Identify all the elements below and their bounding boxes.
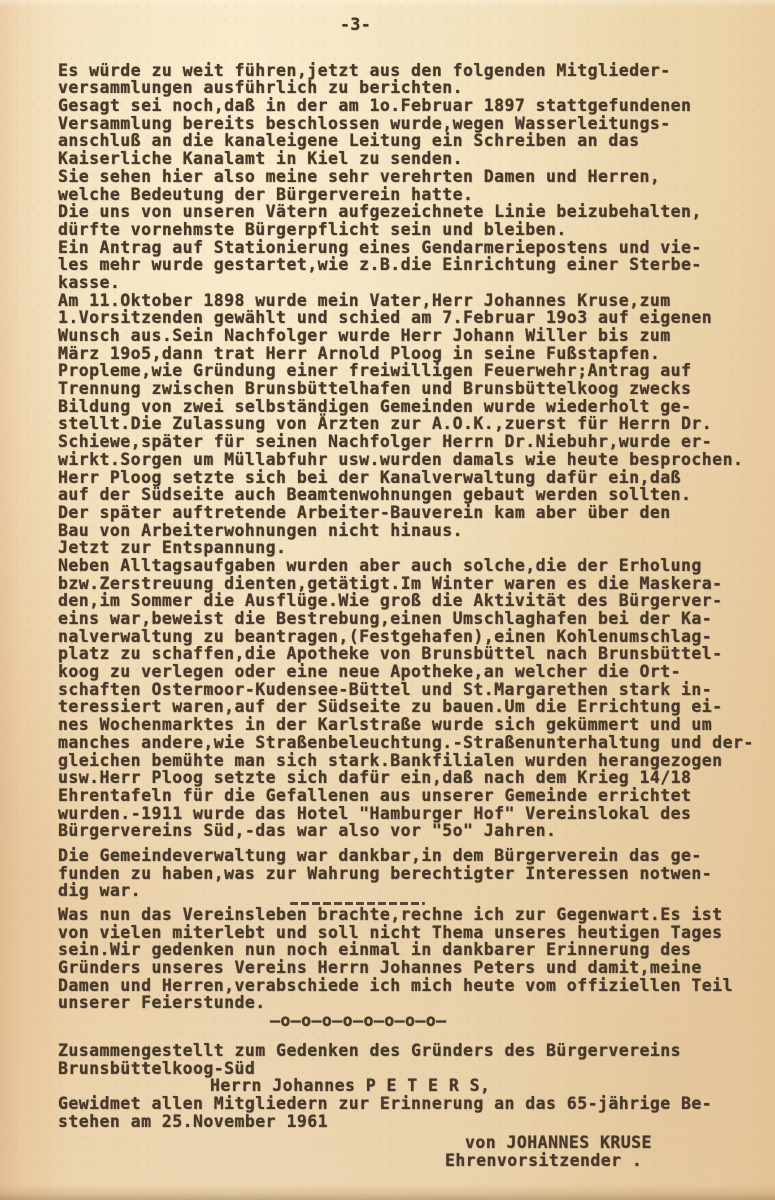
- text-line: koog zu verlegen oder eine neue Apotheke…: [58, 663, 758, 681]
- text-line: stellt.Die Zulassung von Ärzten zur A.O.…: [58, 415, 758, 433]
- text-line: stehen am 25.November 1961: [58, 1113, 758, 1131]
- text-line: Bildung von zwei selbständigen Gemeinden…: [58, 398, 758, 416]
- text-line: Ehrentafeln für die Gefallenen aus unser…: [58, 787, 758, 805]
- text-line: von vielen miterlebt und soll nicht Them…: [58, 924, 758, 942]
- text-line: Schiewe,später für seinen Nachfolger Her…: [58, 433, 758, 451]
- text-line: Die uns von unseren Vätern aufgezeichnet…: [58, 203, 758, 221]
- text-line: nalverwaltung zu beantragen,(Festgehafen…: [58, 628, 758, 646]
- text-line: schaften Ostermoor-Kudensee-Büttel und S…: [58, 681, 758, 699]
- text-line: 1.Vorsitzenden gewählt und schied am 7.F…: [58, 309, 758, 327]
- text-line: Der später auftretende Arbeiter-Bauverei…: [58, 504, 758, 522]
- text-line: funden zu haben,was zur Wahrung berechti…: [58, 865, 758, 883]
- text-line: Brunsbüttelkoog-Süd: [58, 1060, 758, 1078]
- text-line: Sie sehen hier also meine sehr verehrten…: [58, 168, 758, 186]
- scanned-document-page: -3-Es würde zu weit führen,jetzt aus den…: [0, 0, 775, 1200]
- ornament-separator: —o—o—o—o—o—o—o—o—: [58, 1012, 758, 1030]
- text-line: Versammlung bereits beschlossen wurde,we…: [58, 115, 758, 133]
- text-line: Was nun das Vereinsleben brachte,rechne …: [58, 906, 758, 924]
- text-line: von JOHANNES KRUSE: [58, 1134, 758, 1152]
- text-line: Kaiserliche Kanalamt in Kiel zu senden.: [58, 150, 758, 168]
- text-line: platz zu schaffen,die Apotheke von Bruns…: [58, 645, 758, 663]
- text-line: Ehrenvorsitzender .: [58, 1152, 758, 1170]
- text-line: Herrn Johannes P E T E R S,: [58, 1077, 758, 1095]
- text-line: Damen und Herren,verabschiede ich mich h…: [58, 977, 758, 995]
- text-line: usw.Herr Ploog setzte sich dafür ein,daß…: [58, 769, 758, 787]
- text-line: dig war.: [58, 882, 758, 900]
- paper-top-edge: [0, 0, 775, 8]
- paper-bottom-shadow: [0, 1184, 775, 1200]
- text-line: unserer Feierstunde.: [58, 994, 758, 1012]
- line-gap: [58, 34, 758, 62]
- text-line: Gesagt sei noch,daß in der am 1o.Februar…: [58, 97, 758, 115]
- line-gap: [58, 1030, 758, 1042]
- text-line: Zusammengestellt zum Gedenken des Gründe…: [58, 1042, 758, 1060]
- text-line: nes Wochenmarktes in der Karlstraße wurd…: [58, 716, 758, 734]
- text-line: den,im Sommer die Ausflüge.Wie groß die …: [58, 592, 758, 610]
- text-line: Propleme,wie Gründung einer freiwilligen…: [58, 362, 758, 380]
- text-line: Die Gemeindeverwaltung war dankbar,in de…: [58, 847, 758, 865]
- text-line: kasse.: [58, 274, 758, 292]
- text-line: März 19o5,dann trat Herr Arnold Ploog in…: [58, 345, 758, 363]
- text-line: Jetzt zur Entspannung.: [58, 539, 758, 557]
- text-line: anschluß an die kanaleigene Leitung ein …: [58, 132, 758, 150]
- text-line: welche Bedeutung der Bürgerverein hatte.: [58, 186, 758, 204]
- text-line: Am 11.Oktober 1898 wurde mein Vater,Herr…: [58, 292, 758, 310]
- text-line: wurden.-1911 wurde das Hotel "Hamburger …: [58, 805, 758, 823]
- text-line: bzw.Zerstreuung dienten,getätigt.Im Wint…: [58, 575, 758, 593]
- text-line: Bürgervereins Süd,-das war also vor "5o"…: [58, 822, 758, 840]
- page-number: -3-: [58, 16, 758, 34]
- text-line: les mehr wurde gestartet,wie z.B.die Ein…: [58, 256, 758, 274]
- text-line: sein.Wir gedenken nun noch einmal in dan…: [58, 941, 758, 959]
- text-line: Trennung zwischen Brunsbüttelhafen und B…: [58, 380, 758, 398]
- document-body: -3-Es würde zu weit führen,jetzt aus den…: [58, 16, 758, 1170]
- text-line: Herr Ploog setzte sich bei der Kanalverw…: [58, 469, 758, 487]
- text-line: dürfte vornehmste Bürgerpflicht sein und…: [58, 221, 758, 239]
- text-line: Bau von Arbeiterwohnungen nicht hinaus.: [58, 522, 758, 540]
- text-line: Gewidmet allen Mitgliedern zur Erinnerun…: [58, 1095, 758, 1113]
- text-line: manches andere,wie Straßenbeleuchtung.-S…: [58, 734, 758, 752]
- text-line: Wunsch aus.Sein Nachfolger wurde Herr Jo…: [58, 327, 758, 345]
- text-line: wirkt.Sorgen um Müllabfuhr usw.wurden da…: [58, 451, 758, 469]
- text-line: Gründers unseres Vereins Herrn Johannes …: [58, 959, 758, 977]
- text-line: gleichen bemühte man sich stark.Bankfili…: [58, 752, 758, 770]
- text-line: Neben Alltagsaufgaben wurden aber auch s…: [58, 557, 758, 575]
- text-line: teressiert waren,auf der Südseite zu bau…: [58, 698, 758, 716]
- text-line: versammlungen ausführlich zu berichten.: [58, 79, 758, 97]
- text-line: auf der Südseite auch Beamtenwohnungen g…: [58, 486, 758, 504]
- text-line: Es würde zu weit führen,jetzt aus den fo…: [58, 62, 758, 80]
- text-line: eins war,beweist die Bestrebung,einen Um…: [58, 610, 758, 628]
- text-line: Ein Antrag auf Stationierung eines Genda…: [58, 239, 758, 257]
